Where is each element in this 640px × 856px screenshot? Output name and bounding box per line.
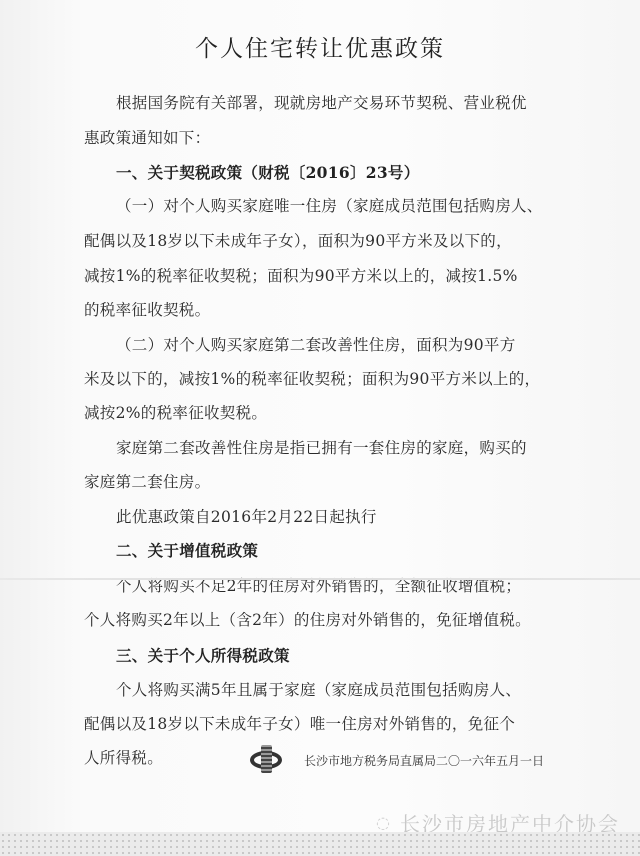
wechat-icon: ◌ bbox=[376, 813, 392, 832]
paragraph-line: 减按2%的税率征收契税。 bbox=[84, 401, 267, 423]
paragraph-line: 米及以下的，减按1%的税率征收契税；面积为90平方米以上的， bbox=[84, 367, 540, 389]
section-heading: 一、关于契税政策（财税〔2016〕23号） bbox=[116, 161, 420, 183]
dotted-overlay bbox=[0, 832, 640, 856]
paragraph-line: 根据国务院有关部署，现就房地产交易环节契税、营业税优 bbox=[116, 91, 527, 113]
paragraph-line: 家庭第二套改善性住房是指已拥有一套住房的家庭，购买的 bbox=[116, 436, 527, 458]
paragraph-line: 配偶以及18岁以下未成年子女）唯一住房对外销售的，免征个 bbox=[84, 712, 515, 734]
paragraph-line: 个人将购买2年以上（含2年）的住房对外销售的，免征增值税。 bbox=[84, 608, 531, 630]
paragraph-line: 此优惠政策自2016年2月22日起执行 bbox=[116, 505, 377, 527]
paragraph-line: （二）对个人购买家庭第二套改善性住房，面积为90平方 bbox=[116, 333, 516, 355]
document-title: 个人住宅转让优惠政策 bbox=[0, 30, 640, 63]
paragraph-line: 家庭第二套住房。 bbox=[84, 470, 210, 492]
paragraph-line: 减按1%的税率征收契税；面积为90平方米以上的，减按1.5% bbox=[84, 264, 518, 286]
signature-block: 长沙市地方税务局直属局二〇一六年五月一日 bbox=[248, 740, 544, 780]
paragraph-line: （一）对个人购买家庭唯一住房（家庭成员范围包括购房人、 bbox=[116, 194, 543, 216]
paragraph-line: 的税率征收契税。 bbox=[84, 298, 210, 320]
paper-fold bbox=[0, 578, 640, 580]
paragraph-line: 个人将购买满5年且属于家庭（家庭成员范围包括购房人、 bbox=[116, 678, 521, 700]
paragraph-line: 人所得税。 bbox=[84, 746, 163, 768]
section-heading: 二、关于增值税政策 bbox=[116, 539, 258, 561]
tax-bureau-emblem-icon bbox=[248, 742, 286, 778]
signature-text: 长沙市地方税务局直属局二〇一六年五月一日 bbox=[304, 752, 544, 769]
paragraph-line: 配偶以及18岁以下未成年子女），面积为90平方米及以下的， bbox=[84, 229, 512, 251]
paragraph-line: 惠政策通知如下： bbox=[84, 126, 210, 148]
document-page: 个人住宅转让优惠政策 根据国务院有关部署，现就房地产交易环节契税、营业税优惠政策… bbox=[0, 0, 640, 856]
section-heading: 三、关于个人所得税政策 bbox=[116, 644, 290, 666]
